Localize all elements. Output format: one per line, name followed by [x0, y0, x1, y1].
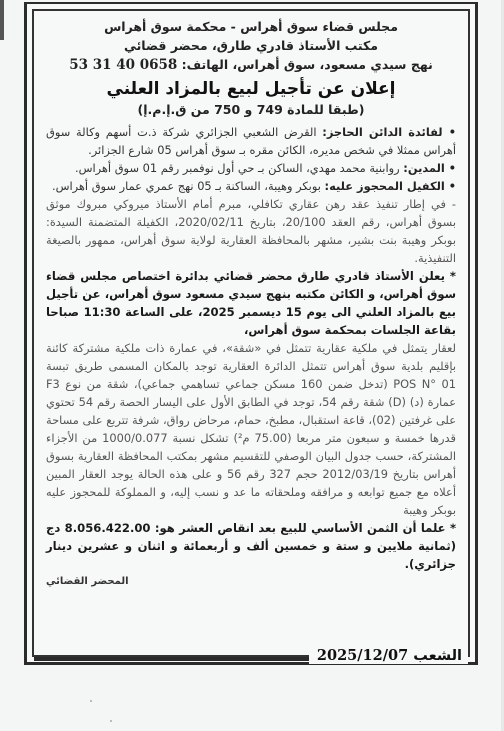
bailiff-office-header: مكتب الأستاذ قادري طارق، محضر قضائي [46, 36, 456, 55]
guarantor-paragraph: • الكفيل المحجوز عليه: بوبكر وهيبة، السا… [46, 177, 456, 195]
publication-footer: الشعب 2025/12/07 [34, 647, 468, 664]
address-phone-header: نهج سيدي مسعود، سوق أهراس، الهاتف: 0658 … [46, 55, 456, 75]
footer-rule [34, 657, 309, 661]
creditor-paragraph: • لفائدة الدائن الحاجز: القرض الشعبي الج… [46, 123, 456, 159]
court-header: مجلس قضاء سوق أهراس - محكمة سوق أهراس [46, 17, 456, 36]
notice-content: مجلس قضاء سوق أهراس - محكمة سوق أهراس مك… [46, 17, 456, 635]
creditor-label: • لفائدة الدائن الحاجز: [322, 125, 456, 139]
address-text: نهج سيدي مسعود، سوق أهراس، الهاتف: [182, 57, 433, 72]
scan-speck [90, 700, 92, 702]
signature-row: المحضر القضائي [46, 573, 456, 591]
notice-outer-border: مجلس قضاء سوق أهراس - محكمة سوق أهراس مك… [24, 2, 478, 665]
scan-edge-left [0, 0, 4, 40]
base-price-paragraph: * علما أن الثمن الأساسي للبيع بعد انقاص … [46, 519, 456, 573]
execution-paragraph: - في إطار تنفيذ عقد رهن عقاري تكافلي، مب… [46, 195, 456, 267]
property-description-paragraph: لعقار يتمثل في ملكية عقارية تتمثل في «شق… [46, 339, 456, 519]
debtor-paragraph: • المدين: روابنية محمد مهدي، الساكن بـ ح… [46, 159, 456, 177]
phone-number: 0658 40 31 53 [69, 57, 177, 73]
publication-date: 2025/12/07 [317, 647, 408, 664]
notice-title: إعلان عن تأجيل لبيع بالمزاد العلني [46, 77, 456, 101]
debtor-text: روابنية محمد مهدي، الساكن بـ حي أول نوفم… [75, 161, 400, 175]
newspaper-name: الشعب [413, 648, 462, 664]
announcement-paragraph: * يعلن الأستاذ قادري طارق محضر قضائي بدا… [46, 267, 456, 339]
debtor-label: • المدين: [403, 161, 456, 175]
bailiff-signature: المحضر القضائي [46, 573, 129, 591]
notice-inner-border: مجلس قضاء سوق أهراس - محكمة سوق أهراس مك… [32, 9, 470, 657]
guarantor-text: بوبكر وهيبة، الساكنة بـ 05 نهج عمري عمار… [52, 179, 321, 193]
notice-legal-reference: (طبقا للمادة 749 و 750 من ق.إ.م.إ) [46, 101, 456, 119]
guarantor-label: • الكفيل المحجوز عليه: [325, 179, 456, 193]
scan-speck [110, 720, 112, 722]
publication-stamp: الشعب 2025/12/07 [309, 647, 468, 664]
